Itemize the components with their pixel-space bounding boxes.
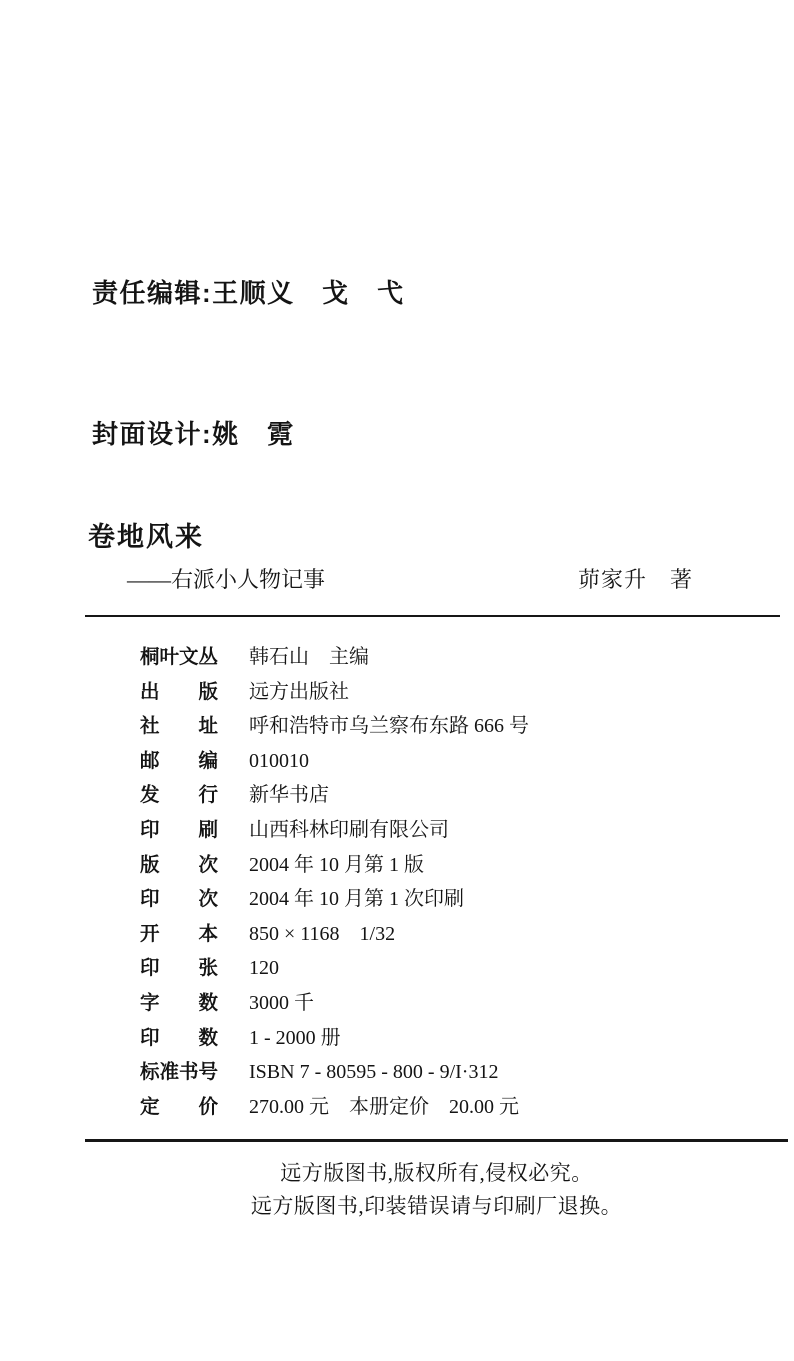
- notices-block: 远方版图书,版权所有,侵权必究。 远方版图书,印装错误请与印刷厂退换。: [85, 1157, 788, 1223]
- author-name: 茆家升 著: [578, 566, 693, 594]
- colophon-label: 开 本: [140, 917, 218, 952]
- table-row: 邮 编 010010: [140, 744, 740, 779]
- table-row: 桐叶文丛 韩石山 主编: [140, 640, 740, 675]
- table-row: 版 次 2004 年 10 月第 1 版: [140, 848, 740, 883]
- colophon-label: 印 张: [140, 951, 218, 986]
- colophon-label: 发 行: [140, 778, 218, 813]
- colophon-label: 出 版: [140, 675, 218, 710]
- colophon-value: 010010: [249, 744, 309, 779]
- copyright-notice: 远方版图书,版权所有,侵权必究。: [85, 1157, 788, 1190]
- colophon-label: 桐叶文丛: [140, 640, 218, 675]
- table-row: 印 数 1 - 2000 册: [140, 1021, 740, 1056]
- editor-credit-line: 责任编辑:王顺义 戈 弋: [92, 270, 405, 317]
- table-row: 社 址 呼和浩特市乌兰察布东路 666 号: [140, 709, 740, 744]
- table-row: 出 版 远方出版社: [140, 675, 740, 710]
- colophon-value: 270.00 元 本册定价 20.00 元: [249, 1090, 519, 1125]
- table-row: 定 价 270.00 元 本册定价 20.00 元: [140, 1090, 740, 1125]
- colophon-label: 印 数: [140, 1021, 218, 1056]
- table-row: 印 次 2004 年 10 月第 1 次印刷: [140, 882, 740, 917]
- colophon-value: 远方出版社: [249, 675, 349, 710]
- table-row: 印 刷 山西科林印刷有限公司: [140, 813, 740, 848]
- colophon-value: 3000 千: [249, 986, 314, 1021]
- colophon-label: 印 刷: [140, 813, 218, 848]
- table-row: 字 数 3000 千: [140, 986, 740, 1021]
- title-subtitle-row: ——右派小人物记事 茆家升 著: [127, 566, 693, 594]
- colophon-value: 850 × 1168 1/32: [249, 917, 395, 952]
- colophon-label: 定 价: [140, 1090, 218, 1125]
- colophon-value: ISBN 7 - 80595 - 800 - 9/I·312: [249, 1055, 498, 1090]
- colophon-value: 2004 年 10 月第 1 版: [249, 848, 424, 883]
- colophon-label: 标准书号: [140, 1055, 218, 1090]
- credits-block: 责任编辑:王顺义 戈 弋 封面设计:姚 霓: [92, 176, 405, 552]
- book-subtitle: ——右派小人物记事: [127, 566, 325, 594]
- colophon-value: 呼和浩特市乌兰察布东路 666 号: [249, 709, 529, 744]
- cover-design-line: 封面设计:姚 霓: [92, 411, 405, 458]
- divider-bottom: [85, 1139, 788, 1142]
- colophon-page: 责任编辑:王顺义 戈 弋 封面设计:姚 霓 卷地风来 ——右派小人物记事 茆家升…: [0, 0, 794, 1361]
- colophon-label: 版 次: [140, 848, 218, 883]
- table-row: 发 行 新华书店: [140, 778, 740, 813]
- colophon-label: 社 址: [140, 709, 218, 744]
- colophon-label: 印 次: [140, 882, 218, 917]
- colophon-label: 字 数: [140, 986, 218, 1021]
- colophon-value: 新华书店: [249, 778, 329, 813]
- colophon-value: 120: [249, 951, 279, 986]
- divider-top: [85, 615, 780, 617]
- colophon-value: 1 - 2000 册: [249, 1021, 341, 1056]
- return-notice: 远方版图书,印装错误请与印刷厂退换。: [85, 1190, 788, 1223]
- colophon-label: 邮 编: [140, 744, 218, 779]
- colophon-table: 桐叶文丛 韩石山 主编 出 版 远方出版社 社 址 呼和浩特市乌兰察布东路 66…: [140, 640, 740, 1124]
- table-row: 印 张 120: [140, 951, 740, 986]
- book-title: 卷地风来: [88, 521, 204, 553]
- colophon-value: 山西科林印刷有限公司: [249, 813, 449, 848]
- table-row: 标准书号 ISBN 7 - 80595 - 800 - 9/I·312: [140, 1055, 740, 1090]
- table-row: 开 本 850 × 1168 1/32: [140, 917, 740, 952]
- colophon-value: 韩石山 主编: [249, 640, 369, 675]
- colophon-value: 2004 年 10 月第 1 次印刷: [249, 882, 464, 917]
